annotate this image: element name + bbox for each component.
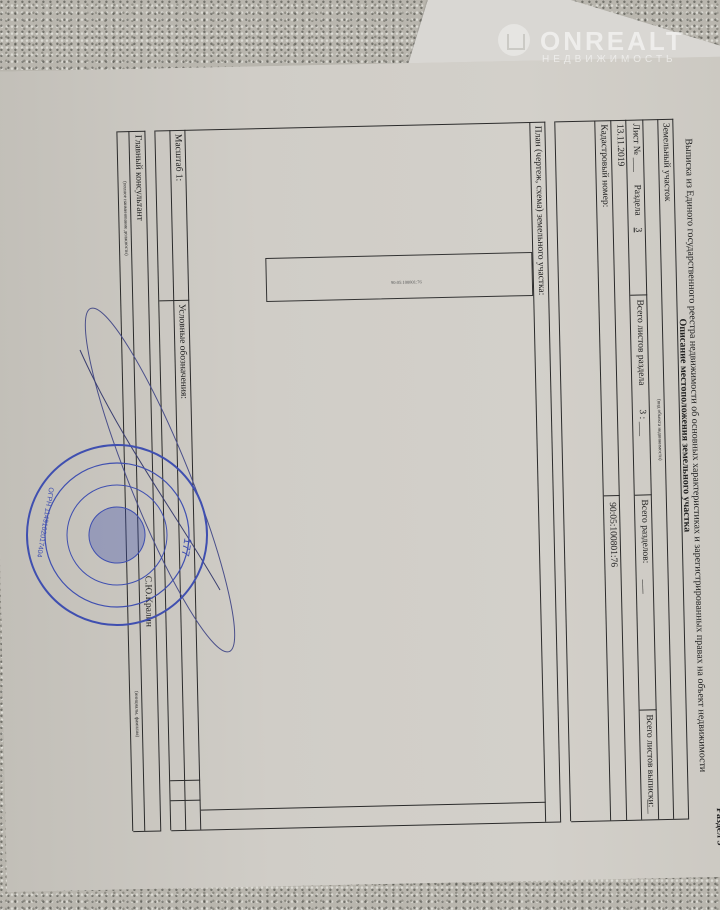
- signer-name-caption: (инициалы, фамилия): [133, 691, 139, 737]
- section-no-label: Раздела: [632, 184, 643, 215]
- watermark-brand: ONREALT: [540, 26, 685, 57]
- official-stamp: 177 ОГРН 1149102017404: [22, 440, 212, 630]
- section-label: Раздел 3: [714, 808, 720, 846]
- sheet-no-label: Лист №: [630, 123, 641, 155]
- signer-position: Главный консультант: [132, 135, 144, 221]
- object-kind-caption: (вид объекта недвижимости): [656, 399, 662, 460]
- cadastral-label: Кадастровый номер:: [598, 124, 610, 207]
- total-sections-label: Всего разделов:: [639, 499, 650, 563]
- plot-label: 90:05:100801:76: [391, 279, 422, 285]
- total-sections-value: ___: [641, 579, 651, 593]
- object-kind: Земельный участок: [660, 123, 672, 202]
- cadastral-number: 90:05:100801:76: [607, 502, 618, 567]
- total-sheets-section-label: Всего листов раздела: [634, 299, 646, 385]
- date: 13.11.2019: [614, 124, 625, 167]
- watermark-tagline: НЕДВИЖИМОСТЬ: [542, 54, 677, 65]
- stamp-number: 177: [178, 537, 193, 557]
- total-sheets-label: Всего листов выписки:: [644, 714, 656, 807]
- total-sheets-value: ___: [646, 799, 656, 813]
- section-no-value: 3: [633, 227, 643, 232]
- house-logo-icon: [498, 24, 530, 56]
- total-sheets-section-value: 3 : ___: [637, 409, 648, 436]
- scale-label: Масштаб 1:: [172, 134, 183, 181]
- sheet-no-value: ___: [631, 157, 641, 171]
- stamp-code: ОГРН 1149102017404: [35, 487, 54, 558]
- signer-position-caption: (полное наименование должности): [122, 181, 129, 256]
- land-plot-outline: [265, 252, 533, 302]
